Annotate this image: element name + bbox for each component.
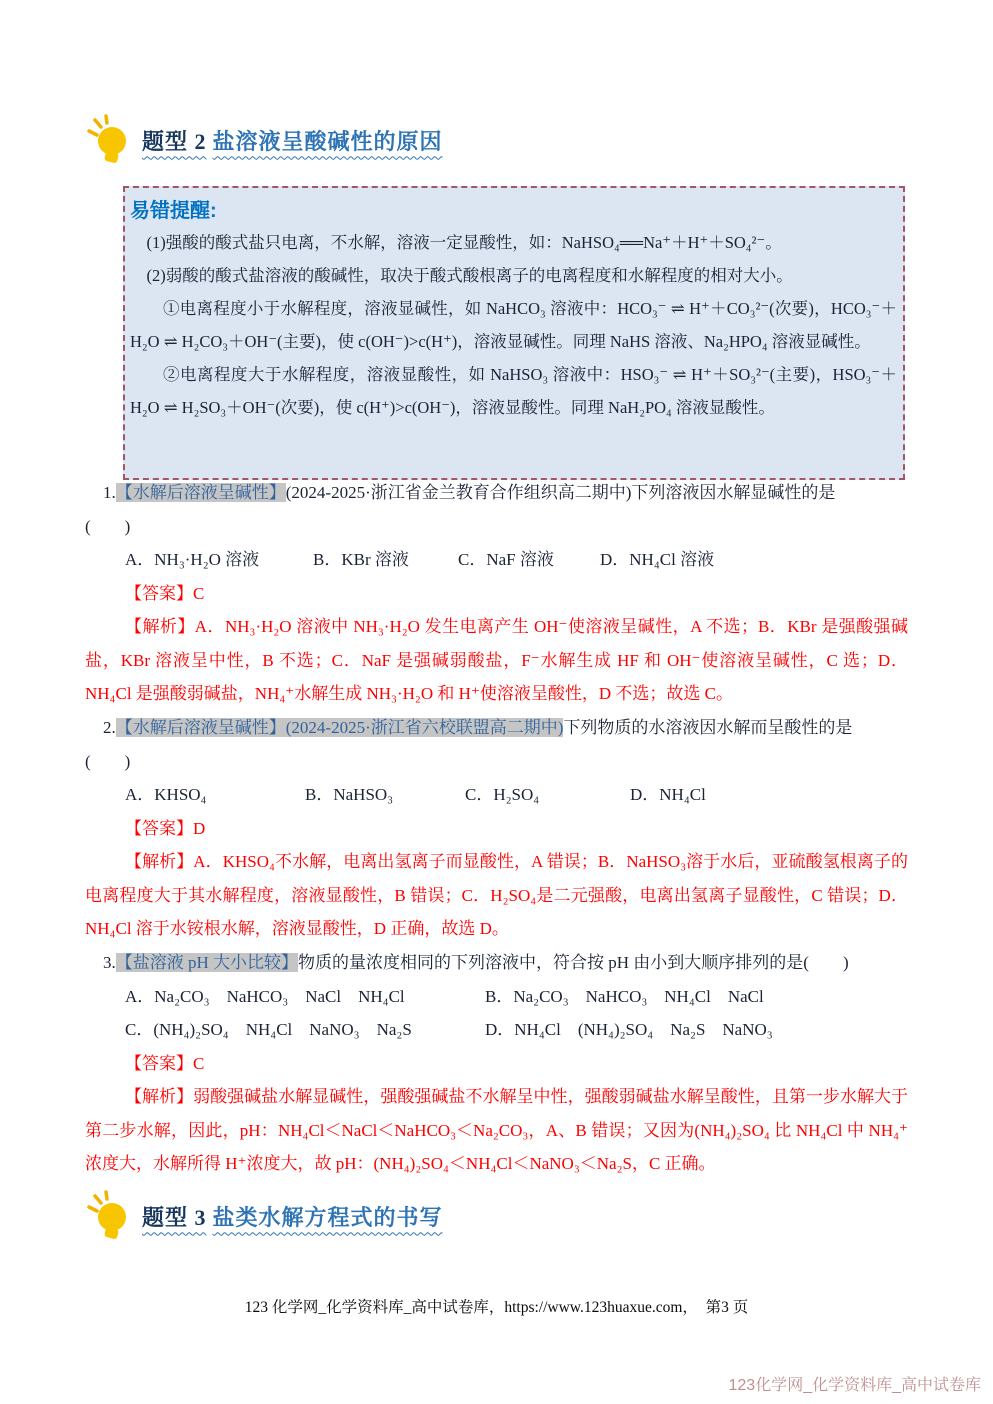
option-b: B．Na₂CO₃ NaHCO₃ NH₄Cl NaCl [485, 980, 764, 1014]
question-3: 3.【盐溶液 pH 大小比较】物质的量浓度相同的下列溶液中，符合按 pH 由小到… [85, 946, 908, 1181]
answer-value: D [193, 819, 205, 838]
answer-value: C [193, 584, 204, 603]
topic-header-2: 题型 2盐溶液呈酸碱性的原因 [84, 114, 443, 166]
analysis-label: 【解析】 [125, 617, 195, 636]
question-number: 1. [103, 483, 116, 502]
option-c: C．NaF 溶液 [458, 543, 600, 577]
answer-line: 【答案】C [85, 577, 908, 611]
question-stem: 1.【水解后溶液呈碱性】(2024-2025·浙江省金兰教育合作组织高二期中)下… [85, 476, 908, 510]
answer-label: 【答案】 [125, 584, 193, 603]
question-1: 1.【水解后溶液呈碱性】(2024-2025·浙江省金兰教育合作组织高二期中)下… [85, 476, 908, 711]
analysis: 【解析】A．NH₃·H₂O 溶液中 NH₃·H₂O 发生电离产生 OH⁻使溶液呈… [85, 610, 908, 711]
question-tag: 【水解后溶液呈碱性】 [116, 483, 286, 502]
analysis-text: A．NH₃·H₂O 溶液中 NH₃·H₂O 发生电离产生 OH⁻使溶液呈碱性，A… [85, 617, 908, 703]
reminder-box: 易错提醒: (1)强酸的酸式盐只电离，不水解，溶液一定显酸性，如：NaHSO₄═… [123, 186, 905, 480]
topic-heading: 题型 2盐溶液呈酸碱性的原因 [142, 125, 443, 156]
reminder-paragraph-1: (1)强酸的酸式盐只电离，不水解，溶液一定显酸性，如：NaHSO₄══Na⁺＋H… [130, 226, 897, 259]
analysis-text: A．KHSO₄不水解，电离出氢离子而显酸性，A 错误；B．NaHSO₃溶于水后，… [85, 852, 908, 938]
option-b: B．KBr 溶液 [313, 543, 458, 577]
answer-choices-row-2: C．(NH₄)₂SO₄ NH₄Cl NaNO₃ Na₂SD．NH₄Cl (NH₄… [85, 1013, 908, 1047]
reminder-paragraph-2: (2)弱酸的酸式盐溶液的酸碱性，取决于酸式酸根离子的电离程度和水解程度的相对大小… [130, 259, 897, 292]
lightbulb-icon [84, 1190, 132, 1242]
topic-title: 盐溶液呈酸碱性的原因 [213, 129, 443, 154]
site-watermark: 123化学网_化学资料库_高中试卷库 [729, 1372, 982, 1395]
analysis: 【解析】弱酸强碱盐水解显碱性，强酸强碱盐不水解呈中性，强酸弱碱盐水解呈酸性，且第… [85, 1080, 908, 1181]
question-tag: 【盐溶液 pH 大小比较】 [116, 953, 298, 972]
analysis: 【解析】A．KHSO₄不水解，电离出氢离子而显酸性，A 错误；B．NaHSO₃溶… [85, 845, 908, 946]
topic-badge: 题型 3 [142, 1205, 207, 1230]
question-stem: 2.【水解后溶液呈碱性】(2024-2025·浙江省六校联盟高二期中)下列物质的… [85, 711, 908, 745]
question-source: (2024-2025·浙江省金兰教育合作组织高二期中) [286, 483, 632, 502]
analysis-label: 【解析】 [125, 1087, 193, 1106]
question-2: 2.【水解后溶液呈碱性】(2024-2025·浙江省六校联盟高二期中)下列物质的… [85, 711, 908, 946]
topic-title: 盐类水解方程式的书写 [213, 1205, 443, 1230]
answer-choices-row-1: A．Na₂CO₃ NaHCO₃ NaCl NH₄ClB．Na₂CO₃ NaHCO… [85, 980, 908, 1014]
topic-heading: 题型 3盐类水解方程式的书写 [142, 1201, 443, 1232]
question-tag: 【水解后溶液呈碱性】 [116, 718, 286, 737]
question-stem: 3.【盐溶液 pH 大小比较】物质的量浓度相同的下列溶液中，符合按 pH 由小到… [85, 946, 908, 980]
analysis-label: 【解析】 [125, 852, 193, 871]
lightbulb-icon [84, 114, 132, 166]
analysis-text: 弱酸强碱盐水解显碱性，强酸强碱盐不水解呈中性，强酸弱碱盐水解呈酸性，且第一步水解… [85, 1087, 908, 1173]
answer-line: 【答案】D [85, 812, 908, 846]
page-footer: 123 化学网_化学资料库_高中试卷库，https://www.123huaxu… [0, 1295, 993, 1317]
option-a: A．Na₂CO₃ NaHCO₃ NaCl NH₄Cl [125, 980, 485, 1014]
answer-line: 【答案】C [85, 1047, 908, 1081]
answer-value: C [193, 1054, 204, 1073]
option-c: C．(NH₄)₂SO₄ NH₄Cl NaNO₃ Na₂S [125, 1013, 485, 1047]
answer-label: 【答案】 [125, 1054, 193, 1073]
topic-header-3: 题型 3盐类水解方程式的书写 [84, 1190, 443, 1242]
option-a: A．NH₃·H₂O 溶液 [125, 543, 313, 577]
answer-choices: A．KHSO₄B．NaHSO₃C．H₂SO₄D．NH₄Cl [85, 778, 908, 812]
answer-blank: ( ) [85, 745, 908, 779]
option-c: C．H₂SO₄ [465, 778, 630, 812]
reminder-paragraph-3: ①电离程度小于水解程度，溶液显碱性，如 NaHCO₃ 溶液中：HCO₃⁻ ⇌ H… [130, 292, 897, 358]
document-page: 题型 2盐溶液呈酸碱性的原因 易错提醒: (1)强酸的酸式盐只电离，不水解，溶液… [0, 0, 993, 1404]
question-number: 3. [103, 953, 116, 972]
option-b: B．NaHSO₃ [305, 778, 465, 812]
answer-label: 【答案】 [125, 819, 193, 838]
reminder-title: 易错提醒: [130, 196, 897, 226]
question-source: (2024-2025·浙江省六校联盟高二期中) [286, 718, 564, 737]
reminder-paragraph-4: ②电离程度大于水解程度，溶液显酸性，如 NaHSO₃ 溶液中：HSO₃⁻ ⇌ H… [130, 358, 897, 424]
option-d: D．NH₄Cl (NH₄)₂SO₄ Na₂S NaNO₃ [485, 1013, 773, 1047]
option-a: A．KHSO₄ [125, 778, 305, 812]
topic-badge: 题型 2 [142, 129, 207, 154]
answer-choices: A．NH₃·H₂O 溶液B．KBr 溶液C．NaF 溶液D．NH₄Cl 溶液 [85, 543, 908, 577]
option-d: D．NH₄Cl [630, 778, 706, 812]
answer-blank: ( ) [85, 510, 908, 544]
question-number: 2. [103, 718, 116, 737]
option-d: D．NH₄Cl 溶液 [600, 543, 714, 577]
